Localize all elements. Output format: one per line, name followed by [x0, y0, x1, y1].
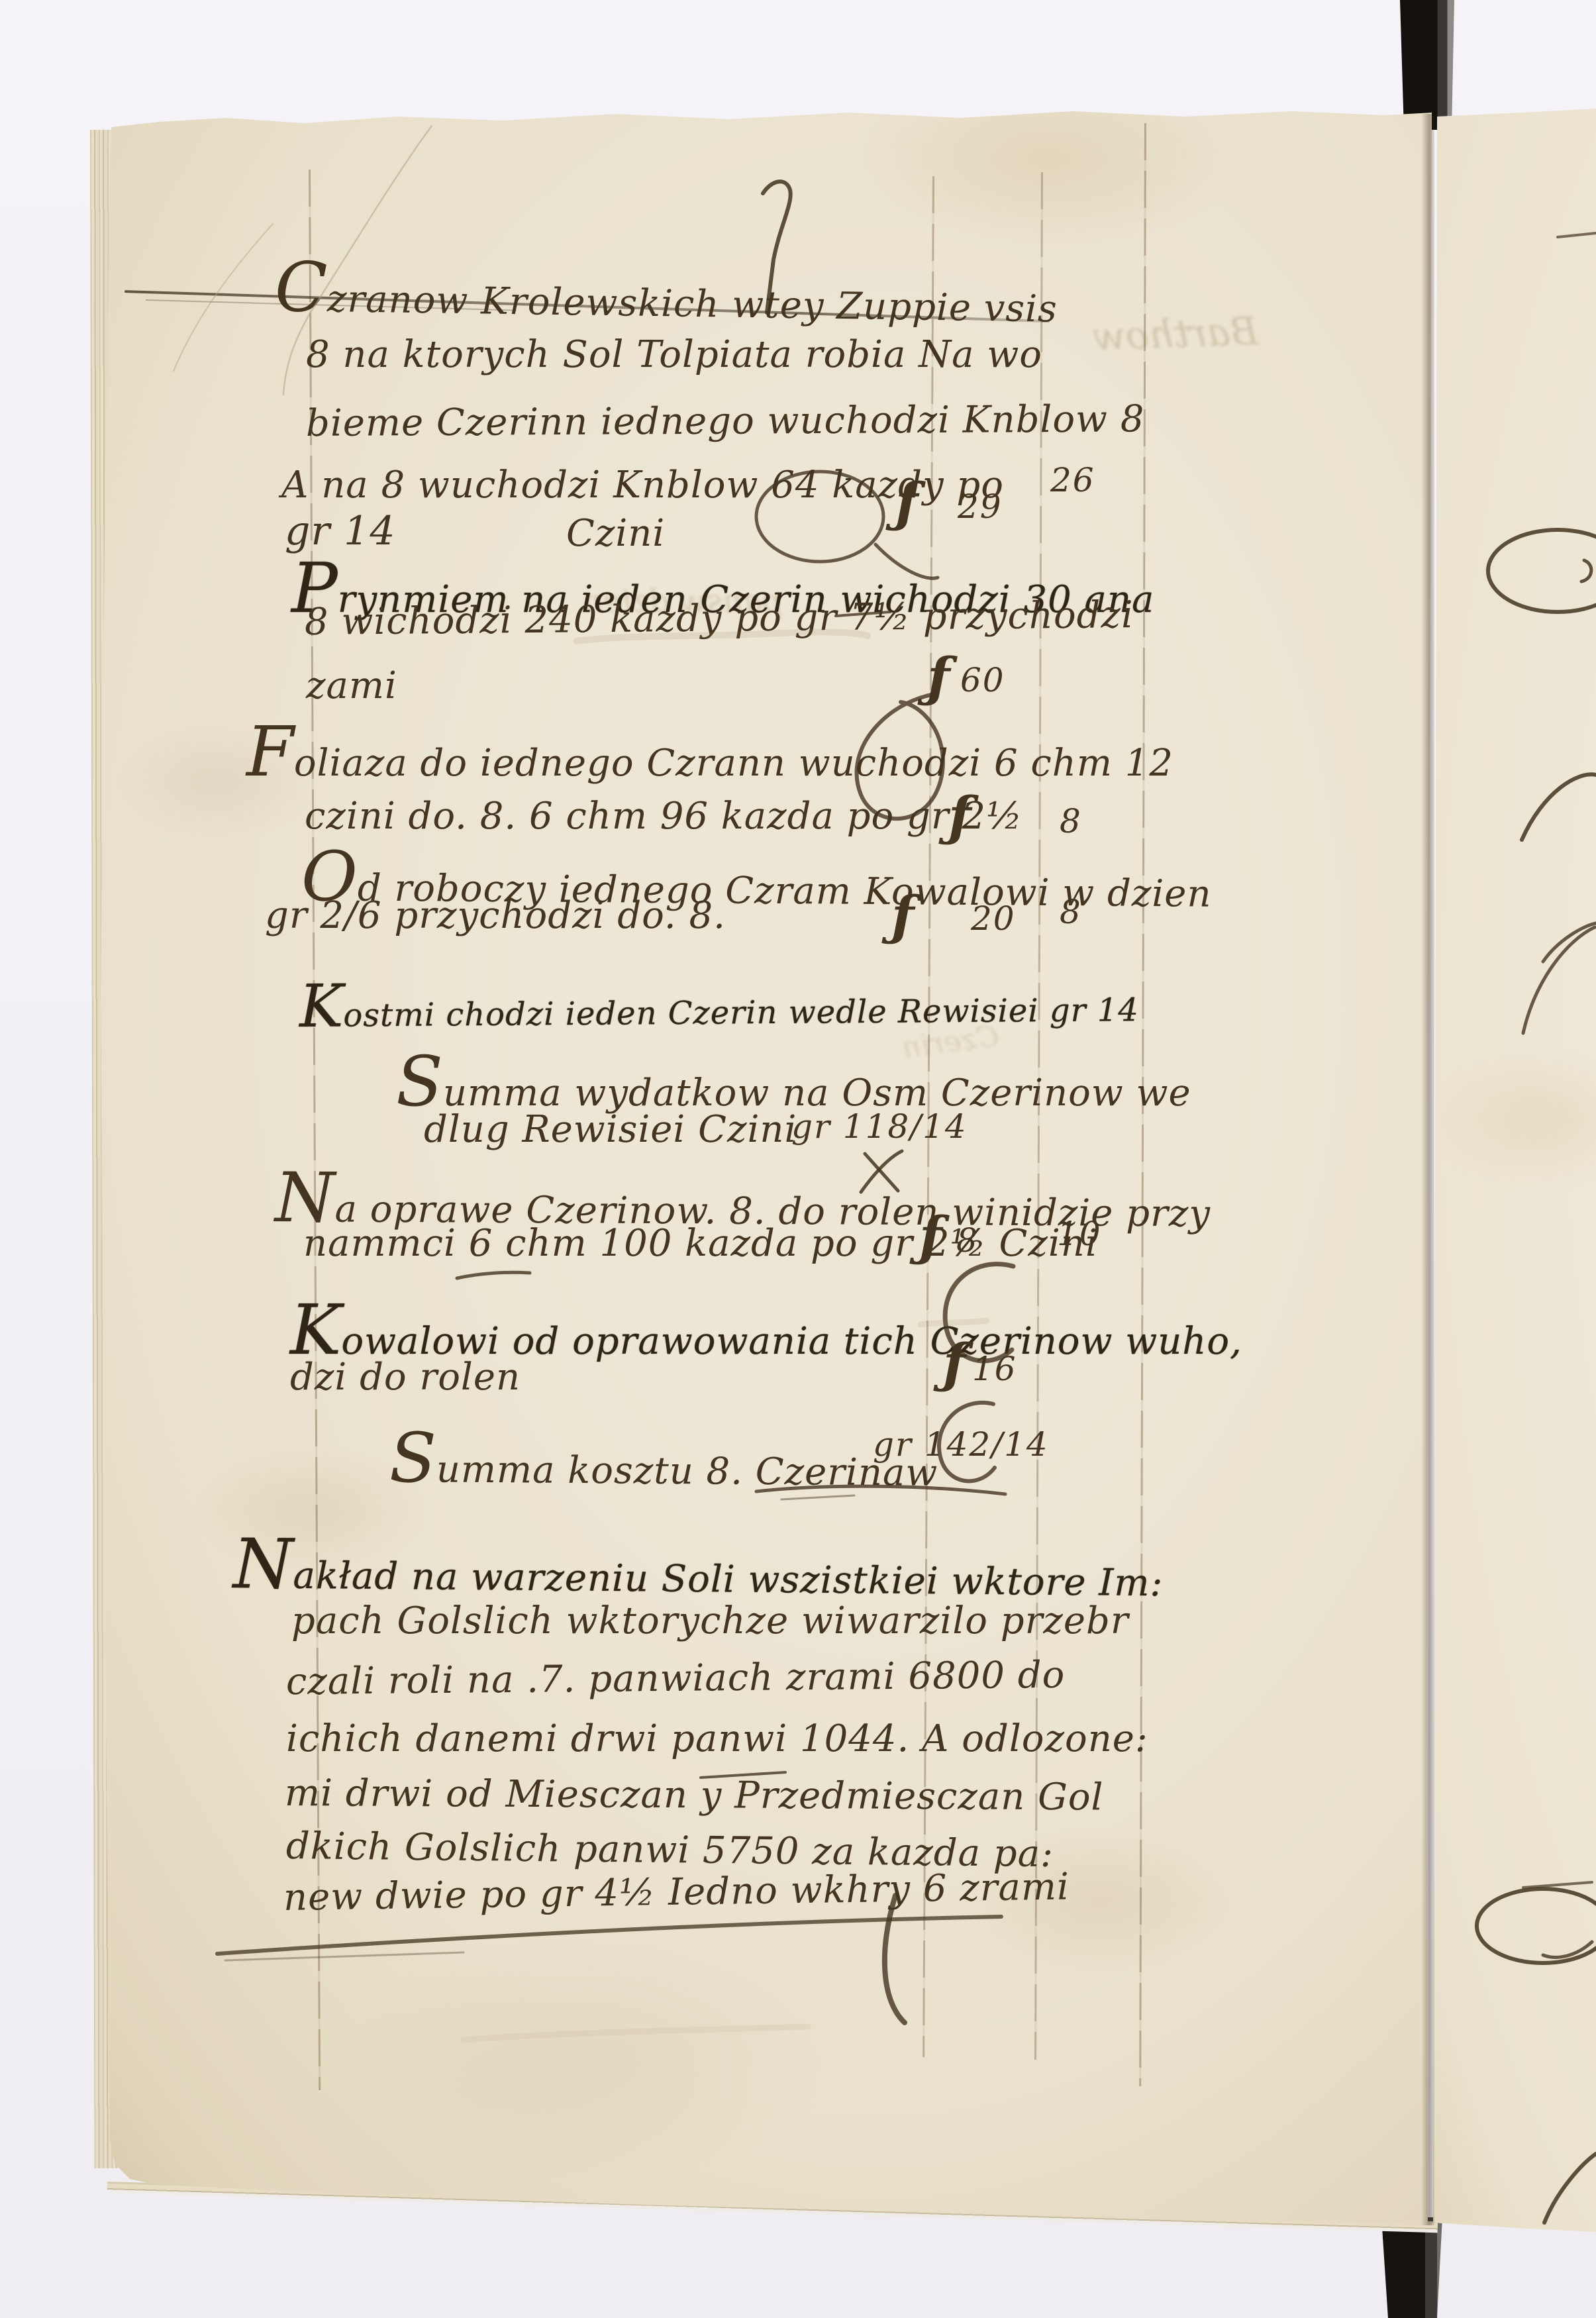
manuscript-line-26: dkich Golslich panwi 5750 za kazda pa: — [286, 1828, 1054, 1873]
florin-symbol: ƒ — [927, 650, 950, 703]
manuscript-scan: Barthow pansw dzien Czerin Czranow Krole… — [0, 0, 1596, 2318]
manuscript-line-19: dzi do rolen — [290, 1359, 521, 1396]
florin-symbol: ƒ — [943, 1336, 966, 1389]
manuscript-line-27: new dwie po gr 4½ Iedno wkhry 6 zrami — [283, 1868, 1070, 1917]
manuscript-line-20: Summa kosztu 8. Czerinaw — [389, 1429, 938, 1492]
manuscript-line-23: czali roli na .7. panwiach zrami 6800 do — [286, 1657, 1066, 1701]
amount-value: 29 — [958, 490, 1003, 523]
manuscript-line-24: ichich danemi drwi panwi 1044. A odlozon… — [286, 1721, 1148, 1758]
amount-value: 60 — [960, 664, 1005, 697]
bookmark-ribbon-top — [1396, 0, 1457, 130]
manuscript-line-8: zami — [306, 668, 397, 705]
manuscript-line-21: Nakład na warzeniu Soli wszistkiei wktor… — [233, 1535, 1164, 1602]
florin-symbol: ƒ — [895, 476, 919, 529]
florin-symbol: ƒ — [919, 1209, 942, 1262]
manuscript-line-22: pach Golslich wktorychze wiwarzilo przeb… — [291, 1603, 1129, 1640]
bleedthrough-text: Barthow — [1092, 309, 1259, 360]
amount-value: 8 — [1060, 805, 1082, 838]
amount-value: 8 — [1060, 895, 1082, 929]
amount-value: 20 — [971, 902, 1016, 935]
sum-wydatkow: gr 118/14 — [791, 1110, 968, 1143]
amount-value: 8 — [956, 1224, 979, 1257]
book-gutter-shadow — [1421, 114, 1434, 2225]
manuscript-line-14: Summa wydatkow na Osm Czerinow we — [396, 1053, 1191, 1112]
florin-symbol: ƒ — [891, 889, 915, 942]
manuscript-line-12: gr 2/6 przychodzi do. 8. — [265, 897, 726, 934]
florin-symbol: ƒ — [948, 789, 972, 842]
manuscript-line-3: bieme Czerinn iednego wuchodzi Knblow 8 — [306, 401, 1145, 442]
manuscript-line-9: Foliaza do iednego Czrann wuchodzi 6 chm… — [246, 723, 1173, 782]
sum-kosztu: gr 142/14 — [873, 1428, 1049, 1461]
manuscript-page: Barthow pansw dzien Czerin Czranow Krole… — [0, 0, 1596, 2318]
amount-value: 16 — [972, 1352, 1017, 1386]
manuscript-line-18: Kowalowi od oprawowania tich Czerinow wu… — [290, 1301, 1242, 1360]
manuscript-line-5a: gr 14 — [285, 511, 396, 551]
manuscript-line-1: Czranow Krolewskich wtey Zuppie vsis — [274, 258, 1058, 328]
amount-value: 26 — [1050, 464, 1095, 497]
manuscript-line-15: dlug Rewisiei Czini — [424, 1111, 797, 1148]
amount-value: 10 — [1057, 1217, 1102, 1250]
manuscript-line-7: 8 wichodzi 240 kazdy po gr 7½ przychodzi — [305, 597, 1134, 641]
manuscript-line-13: Kostmi chodzi ieden Czerin wedle Rewisie… — [299, 976, 1139, 1032]
manuscript-line-25: mi drwi od Miesczan y Przedmiesczan Gol — [285, 1775, 1104, 1816]
manuscript-line-2: 8 na ktorych Sol Tolpiata robia Na wo — [306, 336, 1042, 374]
manuscript-line-5b: Czini — [566, 515, 665, 552]
manuscript-line-10: czini do. 8. 6 chm 96 kazda po gr 2½ — [305, 798, 1022, 835]
